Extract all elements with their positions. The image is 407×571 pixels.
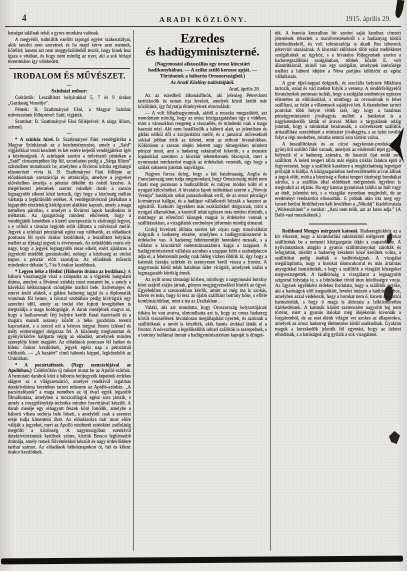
program-item-saturday: Szombat: B. Szathmáryné Fáni fölléptével… <box>8 119 131 130</box>
theatre-program-title: Szinházi műsor: <box>8 89 131 94</box>
issue-date: 1915. április 29. <box>346 15 392 23</box>
newspaper-page: 4 ARADI KÖZLÖNY. 1915. április 29. hetsé… <box>0 0 407 571</box>
section-divider <box>9 68 130 69</box>
left-column: hetséget találnak tehát a gyors munkára … <box>8 31 131 550</box>
article-paragraph: Gorkij híveinek állítása szerint két oly… <box>138 227 267 276</box>
continuation-paragraph: hetséget találnak tehát a gyors munkára … <box>8 31 131 36</box>
article-paragraph: Valaki, aki azt mondotta, hogy Oroszorsz… <box>138 306 267 339</box>
news-item: * A pacsirtafészek. (Nagy szenzációjával… <box>8 363 131 456</box>
news-item-text: B. Szathmáryné Fáni vendégjátéka a Magya… <box>8 137 131 267</box>
paragraph: A megyétől, tudniillik ezelőtt rajongó e… <box>8 37 131 64</box>
second-article: Rothband Mengys mérgezett katonái.Hadser… <box>275 229 401 338</box>
article-subhead: (Nagymosási alkuszállás egy orosz kincst… <box>141 62 264 80</box>
program-item-friday: Péntek: B. Szathmáryné Fáni, a Magyar Sz… <box>8 108 131 119</box>
second-article-lead: Rothband Mengys mérgezett katonái. <box>282 229 360 234</box>
column-divider-left <box>133 30 134 551</box>
article-paragraph: ték. A francia konzulhoz hír szerint saj… <box>275 31 401 80</box>
section-header-irodalom: IRODALOM ÉS MŰVÉSZET. <box>8 72 131 81</box>
article-headline-line2: és hadügyminiszterné. <box>138 46 267 60</box>
right-column: ték. A francia konzulhoz hír szerint saj… <box>275 31 401 550</box>
header-rule <box>5 26 401 27</box>
separator-dash: — <box>8 132 131 136</box>
program-item-thursday: Csütörtök: Leszállított helyárakkal 5, 7… <box>8 96 131 107</box>
news-item-text: A háború visszhangját viszi a színpadra … <box>8 269 131 361</box>
bottom-rule <box>1 556 403 565</box>
second-article-text: Hadseregünkhöz az a hír érkezett, hogy a… <box>275 229 401 338</box>
center-column: Ezredes és hadügyminiszterné. (Nagymosás… <box>138 31 267 550</box>
news-item-text: Csütörtökön új műsort mutat be az Apolló… <box>8 368 131 455</box>
article-separator <box>309 223 367 224</box>
article-paragraph: A beszállítóknak és az olcsó nagykontár-… <box>275 142 401 218</box>
news-item: * A színház hírei.B. Szathmáryné Fáni ve… <box>8 137 131 268</box>
column-divider-right <box>270 30 271 551</box>
article-headline-line1: Ezredes <box>138 31 267 46</box>
article-paragraph: A gyár éjjel-nappal dolgozik, és szociál… <box>275 81 401 141</box>
article-paragraph: — A volt főhadnagyomnak, akitől a muszka… <box>138 111 267 171</box>
news-item-lead: * A színház hírei. <box>15 137 56 142</box>
article-paragraph: Nagyon furcsa dolog, hogy a két hatalmas… <box>138 172 267 227</box>
article-byline: Az Aradi Közlöny tudósítójától. <box>138 81 267 86</box>
article-dateline: Arad, április 28. <box>138 87 267 92</box>
article-paragraph: Az nyílt orosz társasági körben, minthog… <box>138 277 267 304</box>
article-paragraph: Az az ezredbeli állomásfőnök, aki jelenl… <box>138 93 267 109</box>
news-item: * Legyen béke a Hédin! (Háborús dráma az… <box>8 269 131 362</box>
separator-dash: — <box>8 84 131 88</box>
